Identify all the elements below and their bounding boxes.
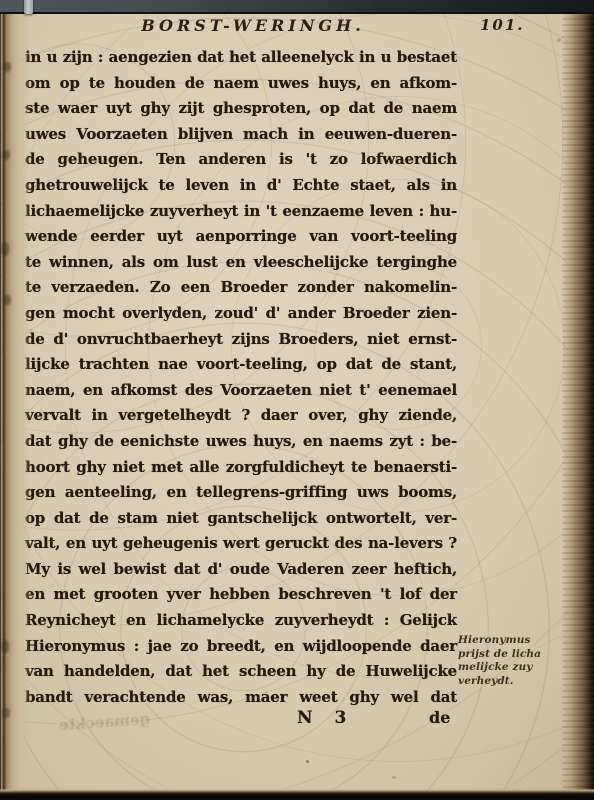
body-text-line: ghetrouwelijck te leven in d' Echte stae…: [25, 173, 457, 199]
body-text-line: de d' onvruchtbaerheyt zijns Broeders, n…: [25, 327, 457, 353]
fore-edge-page-stack: [562, 0, 594, 800]
book-bottom-edge: [0, 789, 594, 800]
body-text-line: naem, en afkomst des Voorzaeten niet t' …: [25, 378, 457, 404]
body-text-line: in u zijn : aengezien dat het alleenelyc…: [25, 45, 457, 71]
book-page-photo: BORST-WERINGH. 101. in u zijn : aengezie…: [0, 0, 594, 800]
gutter-ink-mark: [1, 242, 9, 256]
gutter-ink-mark: [1, 640, 9, 653]
body-text-line: op dat de stam niet gantschelijck ontwor…: [25, 506, 457, 532]
body-text-line: valt, en uyt geheugenis wert geruckt des…: [25, 531, 457, 557]
book-top-edge: [0, 0, 594, 14]
body-text-line: ste waer uyt ghy zijt ghesproten, op dat…: [25, 96, 457, 122]
body-text-line: dat ghy de eenichste uwes huys, en naems…: [25, 429, 457, 455]
body-text-line: om op te houden de naem uwes huys, en af…: [25, 71, 457, 97]
page-number: 101.: [480, 16, 525, 34]
body-text-line: te verzaeden. Zo een Broeder zonder nako…: [25, 275, 457, 301]
catchword: de: [429, 708, 450, 727]
body-text-line: Hieronymus : jae zo breedt, en wijdloope…: [25, 634, 457, 660]
body-text-line: van handelden, dat het scheen hy de Huwe…: [25, 659, 457, 685]
body-text-line: gen mocht overlyden, zoud' d' ander Broe…: [25, 301, 457, 327]
margin-note-line: verheydt.: [458, 675, 560, 689]
margin-note-line: prijst de licha: [458, 648, 560, 662]
body-text-line: bandt verachtende was, maer weet ghy wel…: [25, 685, 457, 711]
gutter-ink-mark: [2, 150, 10, 160]
margin-note-line: melijcke zuy: [458, 661, 560, 675]
body-text-line: hoort ghy niet met alle zorgfuldicheyt t…: [25, 455, 457, 481]
body-text-line: lichaemelijcke zuyverheyt in 't eenzaeme…: [25, 199, 457, 225]
margin-note-line: Hieronymus: [458, 634, 560, 648]
signature-row: N 3 de: [25, 708, 457, 734]
running-head: BORST-WERINGH. 101.: [0, 16, 594, 40]
paper-stain: [392, 776, 396, 779]
body-text-line: My is wel bewist dat d' oude Vaderen zee…: [25, 557, 457, 583]
body-text-line: en met grooten yver hebben beschreven 't…: [25, 582, 457, 608]
body-text-line: vervalt in vergetelheydt ? daer over, gh…: [25, 403, 457, 429]
signature-mark: N 3: [297, 708, 354, 728]
body-text-line: de geheugen. Ten anderen is 't zo lofwae…: [25, 147, 457, 173]
body-text-line: lijcke trachten nae voort-teeling, op da…: [25, 352, 457, 378]
body-text-line: uwes Voorzaeten blijven mach in eeuwen-d…: [25, 122, 457, 148]
body-text-line: Reynicheyt en lichamelycke zuyverheydt :…: [25, 608, 457, 634]
gutter-ink-mark: [2, 708, 10, 718]
body-text-line: gen aenteeling, en tellegrens-griffing u…: [25, 480, 457, 506]
body-text-line: te winnen, als om lust en vleeschelijcke…: [25, 250, 457, 276]
bookmark-clip: [24, 0, 33, 14]
gutter-shadow: [0, 0, 30, 800]
gutter-ink-mark: [3, 62, 11, 72]
gutter-ink-mark: [3, 295, 11, 305]
paper-stain: [306, 760, 309, 763]
running-title: BORST-WERINGH.: [108, 16, 398, 35]
body-text-block: in u zijn : aengezien dat het alleenelyc…: [25, 45, 457, 710]
body-text-line: wende eerder uyt aenporringe van voort-t…: [25, 224, 457, 250]
margin-note: Hieronymusprijst de lichamelijcke zuyver…: [458, 634, 560, 688]
